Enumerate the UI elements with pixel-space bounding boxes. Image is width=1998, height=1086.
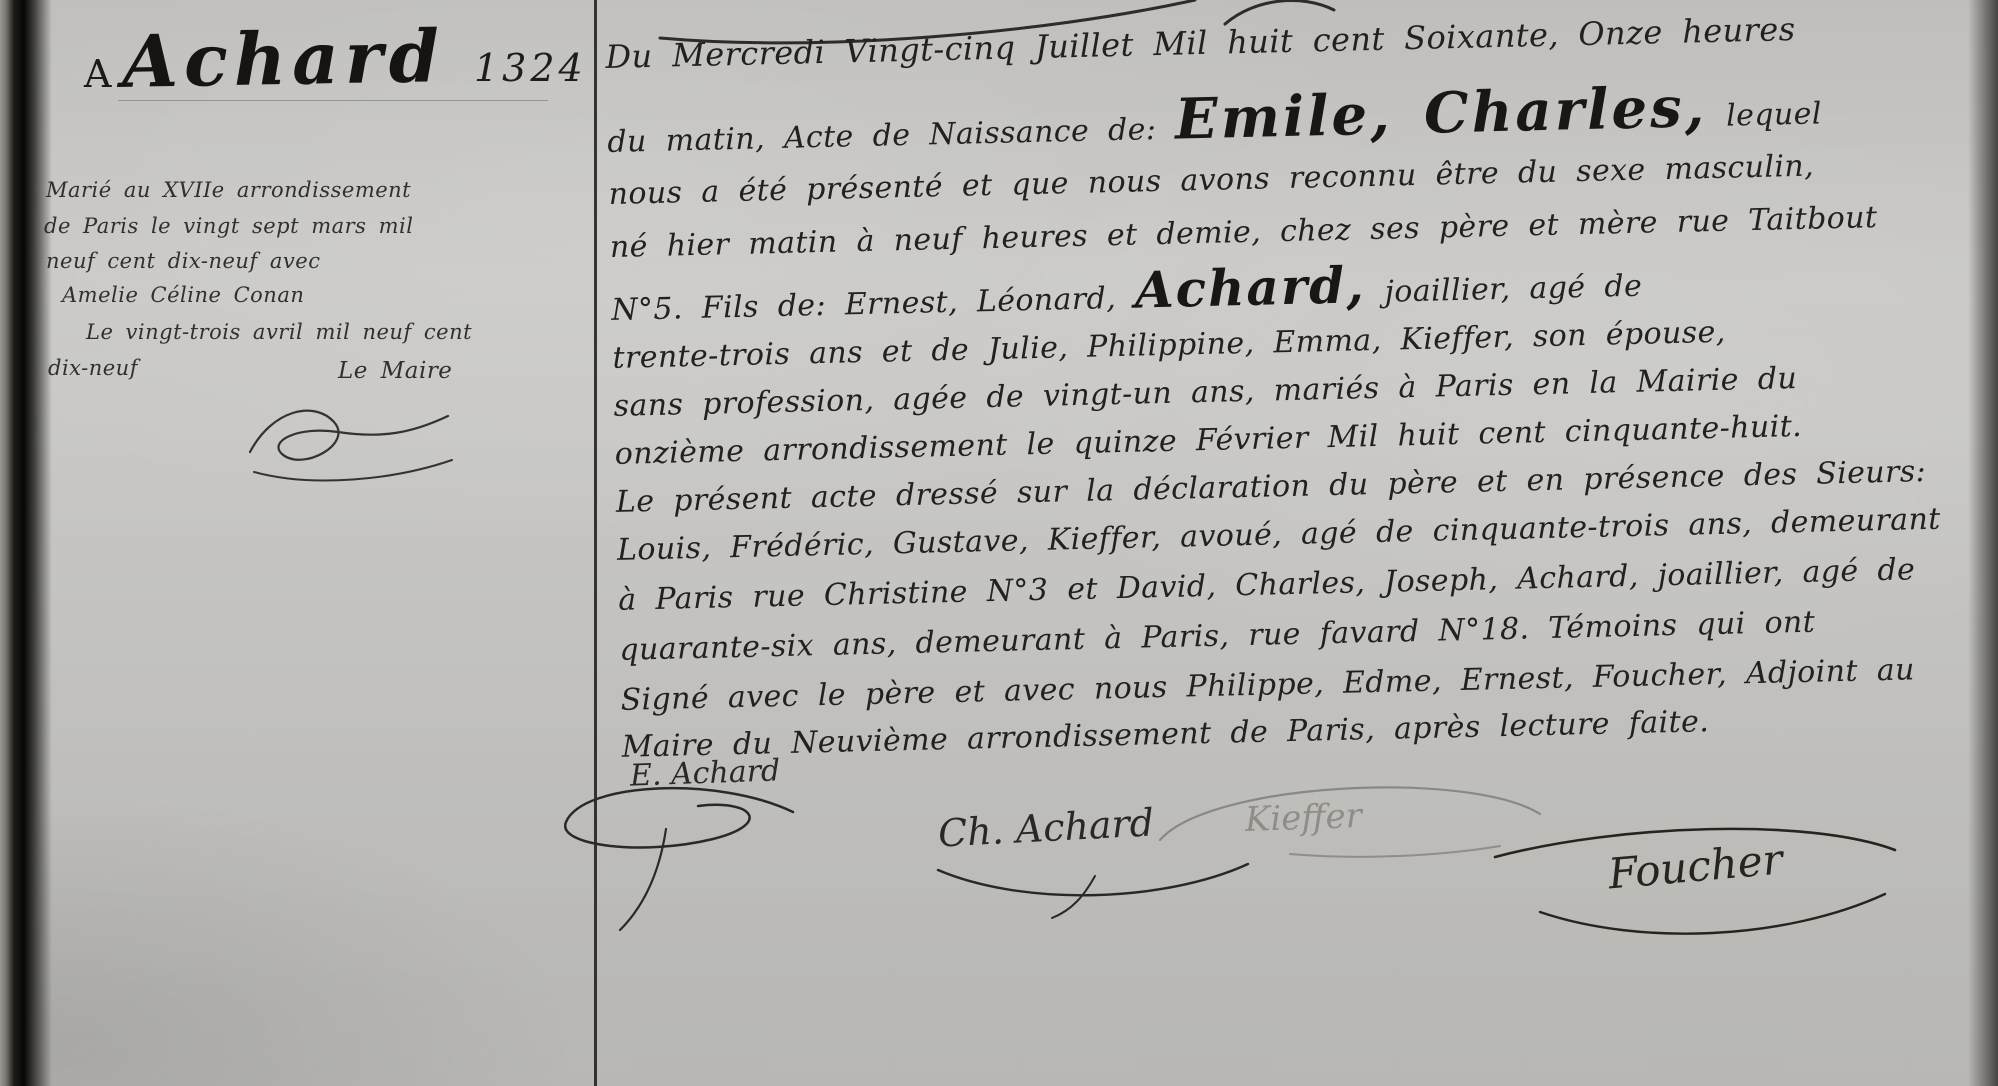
- foucher-signature-flourish: [1480, 812, 1910, 962]
- act-line-segment: lequel: [1707, 96, 1822, 134]
- faint-rule: [118, 100, 548, 101]
- marriage-note-line: Le vingt-trois avril mil neuf cent: [86, 320, 472, 344]
- act-line: Signé avec le père et avec nous Philippe…: [620, 655, 1915, 715]
- marriage-note-line: neuf cent dix-neuf avec: [46, 249, 320, 273]
- act-line: quarante-six ans, demeurant à Paris, rue…: [619, 608, 1815, 666]
- marriage-note-line: de Paris le vingt sept mars mil: [44, 214, 413, 238]
- act-number: 1324: [474, 46, 587, 90]
- act-line: Du Mercredi Vingt-cinq Juillet Mil huit …: [605, 14, 1796, 72]
- act-line: né hier matin à neuf heures et demie, ch…: [610, 203, 1878, 263]
- maire-signature-flourish: [242, 392, 462, 487]
- act-line: du matin, Acte de Naissance de: Emile, C…: [607, 89, 1822, 158]
- marriage-note-line: Amelie Céline Conan: [62, 283, 304, 307]
- act-line: N°5. Fils de: Ernest, Léonard, Achard, j…: [611, 264, 1643, 326]
- registry-page-scan: A Achard 1324 Marié au XVIIe arrondissem…: [0, 0, 1998, 1086]
- e-achard-signature-flourish: [548, 784, 808, 934]
- margin-surname: Achard: [121, 13, 445, 104]
- child-name: Emile, Charles,: [1174, 74, 1708, 153]
- book-binding-edge: [0, 0, 52, 1086]
- act-line-segment: du matin, Acte de Naissance de:: [607, 112, 1176, 160]
- maire-signoff: Le Maire: [338, 358, 452, 384]
- marriage-note-line: dix-neuf: [48, 356, 138, 380]
- act-line: Maire du Neuvième arrondissement de Pari…: [621, 707, 1709, 763]
- act-line: nous a été présenté et que nous avons re…: [608, 152, 1814, 210]
- act-line-segment: N°5. Fils de: Ernest, Léonard,: [611, 281, 1135, 328]
- marriage-note-line: Marié au XVIIe arrondissement: [46, 178, 411, 202]
- act-line-segment: joaillier, agé de: [1365, 269, 1642, 311]
- father-surname: Achard,: [1134, 255, 1366, 319]
- index-letter: A: [84, 52, 111, 96]
- act-line: trente-trois ans et de Julie, Philippine…: [612, 318, 1726, 374]
